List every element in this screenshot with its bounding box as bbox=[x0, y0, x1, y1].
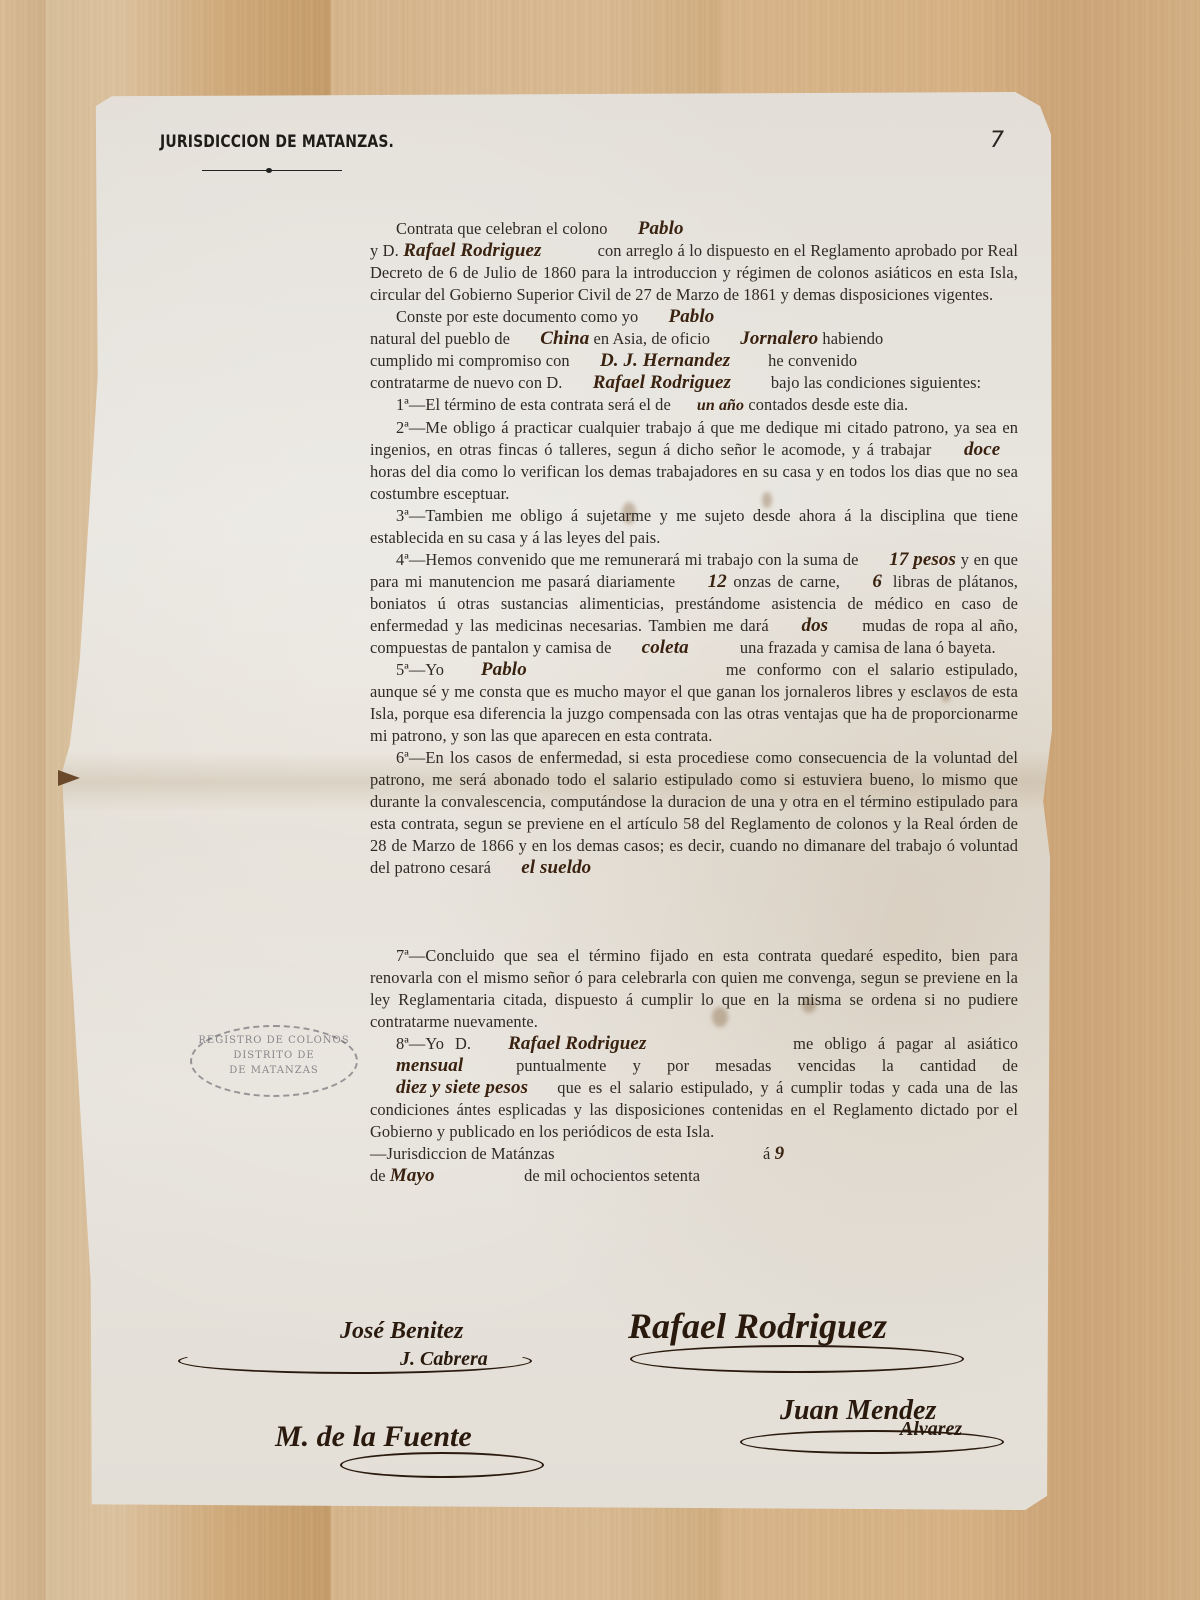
print-text: he convenido bbox=[768, 351, 857, 370]
print-text: onzas de carne, bbox=[733, 572, 840, 591]
signature-flourish bbox=[740, 1430, 1004, 1454]
print-text: y D. bbox=[370, 241, 399, 260]
handwritten-salary-words: diez y siete pesos bbox=[370, 1077, 550, 1099]
clause-2: 2ª—Me obligo á practicar cualquier traba… bbox=[370, 417, 1018, 505]
print-text: Conste por este documento como yo bbox=[396, 307, 638, 326]
handwritten-patron-name: Rafael Rodriguez bbox=[567, 372, 767, 394]
handwritten-colono-name: Pablo bbox=[612, 218, 684, 240]
print-text: puntualmente y por mesadas vencidas la c… bbox=[516, 1056, 1018, 1075]
signature-witness-2: M. de la Fuente bbox=[275, 1420, 472, 1454]
print-text: 5ª—Yo bbox=[396, 660, 444, 679]
clause-1: 1ª—El término de esta contrata será el d… bbox=[370, 394, 1018, 417]
handwritten-month: Mayo bbox=[390, 1165, 520, 1187]
handwritten-salary: 17 pesos bbox=[863, 549, 956, 571]
handwritten-former-patron: D. J. Hernandez bbox=[574, 350, 764, 372]
print-text: bajo las condiciones siguientes: bbox=[771, 373, 981, 392]
clause-8: 8ª—Yo D. Rafael Rodriguez me obligo á pa… bbox=[370, 1033, 1018, 1143]
handwritten-hours: doce bbox=[938, 439, 1018, 461]
print-text: contados desde este dia. bbox=[748, 395, 908, 414]
print-text: 1ª—El término de esta contrata será el d… bbox=[396, 395, 671, 414]
handwritten-plantain-pounds: 6 bbox=[846, 571, 886, 593]
print-text: de bbox=[370, 1166, 386, 1185]
jurisdiction-header: JURISDICCION DE MATANZAS. bbox=[160, 132, 394, 152]
stamp-text: DISTRITO DE bbox=[192, 1048, 356, 1063]
intro-line: Contrata que celebran el colono Pablo bbox=[370, 218, 1018, 240]
header-rule bbox=[202, 170, 342, 171]
print-text: habiendo bbox=[822, 329, 883, 348]
handwritten-term: un año bbox=[671, 395, 744, 417]
stamp-text: DE MATANZAS bbox=[192, 1063, 356, 1078]
handwritten-cessation: el sueldo bbox=[495, 857, 591, 879]
signature-flourish bbox=[340, 1452, 544, 1478]
print-text: 8ª—Yo D. bbox=[396, 1034, 471, 1053]
handwritten-colono-name: Pablo bbox=[643, 306, 715, 328]
clause-7: 7ª—Concluido que sea el término fijado e… bbox=[370, 945, 1018, 1033]
conste-paragraph: Conste por este documento como yo Pablo … bbox=[370, 306, 1018, 394]
folio-number: 7 bbox=[990, 128, 1004, 153]
contract-body: Contrata que celebran el colono Pablo y … bbox=[370, 218, 1018, 1187]
clause-4: 4ª—Hemos convenido que me remunerará mi … bbox=[370, 549, 1018, 659]
print-text: me obligo á pagar al asiático bbox=[793, 1034, 1018, 1053]
print-text: natural del pueblo de bbox=[370, 329, 510, 348]
print-text: á bbox=[763, 1144, 770, 1163]
intro-paragraph: y D. Rafael Rodriguez con arreglo á lo d… bbox=[370, 240, 1018, 306]
print-text: contratarme de nuevo con D. bbox=[370, 373, 562, 392]
print-text: —Jurisdiccion de Matánzas bbox=[370, 1144, 555, 1163]
registry-stamp: REGISTRO DE COLONOS DISTRITO DE DE MATAN… bbox=[190, 1025, 358, 1097]
print-text: 2ª—Me obligo á practicar cualquier traba… bbox=[370, 418, 1018, 459]
paper-tear bbox=[58, 770, 80, 786]
signature-flourish bbox=[630, 1345, 964, 1373]
print-text: en Asia, de oficio bbox=[594, 329, 711, 348]
clause-3: 3ª—Tambien me obligo á sujetarme y me su… bbox=[370, 505, 1018, 549]
handwritten-clothing-count: dos bbox=[775, 615, 855, 637]
signature-flourish bbox=[178, 1348, 532, 1374]
print-text: horas del dia como lo verifican los dema… bbox=[370, 462, 1018, 503]
signature-witness-1: José Benitez bbox=[340, 1318, 463, 1345]
handwritten-origin: China bbox=[514, 328, 589, 350]
handwritten-payment-frequency: mensual bbox=[370, 1055, 490, 1077]
clause-6: 6ª—En los casos de enfermedad, si esta p… bbox=[370, 747, 1018, 879]
stamp-text: REGISTRO DE COLONOS bbox=[192, 1033, 356, 1048]
handwritten-patron-name: Rafael Rodriguez bbox=[403, 240, 593, 262]
handwritten-day: 9 bbox=[775, 1143, 815, 1165]
handwritten-patron-name: Rafael Rodriguez bbox=[482, 1033, 782, 1055]
handwritten-fabric: coleta bbox=[616, 637, 736, 659]
handwritten-colono-name: Pablo bbox=[455, 659, 715, 681]
print-text: 4ª—Hemos convenido que me remunerará mi … bbox=[396, 550, 859, 569]
print-text: cumplido mi compromiso con bbox=[370, 351, 570, 370]
print-text: una frazada y camisa de lana ó bayeta. bbox=[740, 638, 996, 657]
clause-5: 5ª—Yo Pablo me conformo con el salario e… bbox=[370, 659, 1018, 747]
closing-line: —Jurisdiccion de Matánzas á 9 de Mayo de… bbox=[370, 1143, 1018, 1187]
handwritten-meat-ounces: 12 bbox=[682, 571, 727, 593]
handwritten-trade: Jornalero bbox=[714, 328, 818, 350]
signature-patron: Rafael Rodriguez bbox=[628, 1305, 887, 1347]
print-text: 6ª—En los casos de enfermedad, si esta p… bbox=[370, 748, 1018, 877]
print-text: de mil ochocientos setenta bbox=[524, 1166, 700, 1185]
print-text: Contrata que celebran el colono bbox=[396, 219, 608, 238]
